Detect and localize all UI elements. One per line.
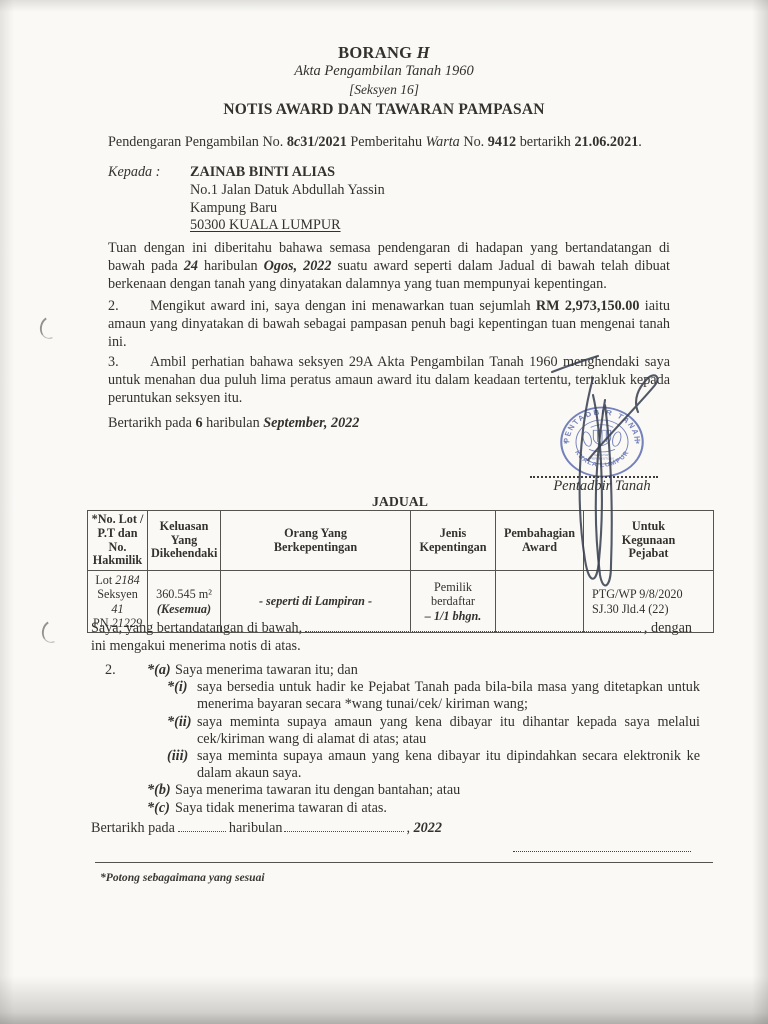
office-ref: PTG/WP 9/8/2020 — [592, 587, 710, 601]
dated-day: 6 — [195, 415, 202, 431]
paragraph-number: 2. — [108, 298, 150, 316]
table-row: Lot 2184 Seksyen 41 PN 21229 360.545 m² … — [88, 571, 714, 633]
recipient-address-line: 50300 KUALA LUMPUR — [190, 217, 550, 235]
dated-text: , — [406, 820, 413, 836]
cell-area: 360.545 m² (Kesemua) — [148, 571, 221, 633]
hearing-number: 31/2021 — [300, 134, 347, 150]
office-ref: SJ.30 Jld.4 (22) — [592, 602, 710, 616]
lot-text: PN — [93, 616, 112, 630]
dated-year: 2022 — [414, 820, 442, 836]
footnote: *Potong sebagaimana yang sesuai — [100, 869, 265, 887]
option-marker: *(b) — [147, 782, 175, 799]
edge-shadow — [0, 0, 768, 12]
table-header-row: *No. Lot / P.T dan No. Hakmilik Keluasan… — [88, 511, 714, 571]
option-a-i: *(i)saya bersedia untuk hadir ke Pejabat… — [91, 679, 700, 713]
lot-number: 2184 — [115, 573, 139, 587]
option-a-ii: *(ii)saya meminta supaya amaun yang kena… — [91, 714, 700, 748]
lot-text: Lot — [95, 573, 115, 587]
reference-text: . — [638, 134, 642, 150]
warta-date: 21.06.2021 — [574, 134, 638, 150]
paragraph-text: haribulan — [198, 258, 264, 274]
options-number: 2. — [105, 662, 116, 680]
award-month-year: Ogos, 2022 — [264, 258, 332, 274]
option-marker: *(ii) — [167, 714, 197, 731]
section-number: 41 — [111, 602, 123, 616]
recipient-label: Kepada : — [108, 164, 160, 182]
cell-office-use: PTG/WP 9/8/2020 SJ.30 Jld.4 (22) — [584, 571, 714, 633]
interest-text: Pemilik — [414, 580, 492, 594]
edge-shadow — [752, 0, 768, 1024]
star-icon: ★ — [563, 440, 568, 446]
option-b: *(b)Saya menerima tawaran itu dengan ban… — [91, 782, 700, 799]
paragraph-number: 3. — [108, 354, 150, 372]
signature-dotted-line — [530, 464, 658, 478]
cell-lot: Lot 2184 Seksyen 41 PN 21229 — [88, 571, 148, 633]
reference-text: bertarikh — [516, 134, 574, 150]
warta-word: Warta — [426, 134, 460, 150]
cell-interest: Pemilik berdaftar – 1/1 bhgn. — [411, 571, 496, 633]
option-text: saya bersedia untuk hadir ke Pejabat Tan… — [197, 679, 700, 712]
fill-in-day-dots — [178, 820, 226, 832]
footer-dated-line: Bertarikh padaharibulan, 2022 — [91, 820, 442, 838]
edge-shadow — [0, 976, 768, 1024]
recipient-name: ZAINAB BINTI ALIAS — [190, 164, 550, 182]
signature-caption: Pentadbir Tanah — [518, 478, 686, 496]
option-a: *(a)Saya menerima tawaran itu; dan — [91, 662, 700, 679]
footnote-divider — [95, 862, 713, 863]
option-text: Saya menerima tawaran itu; dan — [175, 662, 358, 678]
dated-text: haribulan — [203, 415, 264, 431]
form-title-word: BORANG — [338, 43, 417, 62]
option-text: Saya menerima tawaran itu dengan bantaha… — [175, 782, 460, 798]
lot-text: Seksyen — [97, 587, 138, 601]
options-list: 2. *(a)Saya menerima tawaran itu; dan *(… — [91, 662, 700, 817]
dated-text: Bertarikh pada — [91, 820, 175, 836]
option-text: saya meminta supaya amaun yang kena diba… — [197, 748, 700, 781]
dated-month-year: September, 2022 — [263, 415, 359, 431]
recipient-address-block: ZAINAB BINTI ALIAS No.1 Jalan Datuk Abdu… — [190, 164, 550, 235]
reference-text: Pemberitahu — [347, 134, 426, 150]
edge-shadow — [0, 0, 14, 1024]
column-header-persons: Orang Yang Berkepentingan — [221, 511, 411, 571]
paragraph-text: Mengikut award ini, saya dengan ini mena… — [150, 298, 536, 314]
acknowledgement-line2: ini mengakui menerima notis di atas. — [91, 638, 692, 656]
stamp-center-text: PERSEKUTUAN — [590, 457, 613, 461]
form-title: BORANG H — [0, 44, 768, 62]
hole-punch-mark — [37, 314, 63, 342]
column-header-lot: *No. Lot / P.T dan No. Hakmilik — [88, 511, 148, 571]
area-note: (Kesemua) — [151, 602, 217, 616]
reference-text: No. — [460, 134, 488, 150]
fill-in-month-dots — [284, 820, 404, 832]
column-header-interest: Jenis Kepentingan — [411, 511, 496, 571]
recipient-signature-line — [513, 840, 691, 852]
section-reference: [Seksyen 16] — [0, 81, 768, 99]
paragraph-offer: 2.Mengikut award ini, saya dengan ini me… — [108, 298, 670, 351]
recipient-address-line: Kampung Baru — [190, 200, 550, 218]
column-header-area: Keluasan Yang Dikehendaki — [148, 511, 221, 571]
option-a-iii: (iii)saya meminta supaya amaun yang kena… — [91, 748, 700, 782]
state-crest-icon: WILAYAH PERSEKUTUAN — [582, 425, 623, 461]
option-marker: (iii) — [167, 748, 197, 765]
column-header-award-split: Pembahagian Award — [496, 511, 584, 571]
dated-line: Bertarikh pada 6 haribulan September, 20… — [108, 415, 359, 433]
star-icon: ★ — [635, 440, 640, 446]
award-schedule-table: *No. Lot / P.T dan No. Hakmilik Keluasan… — [87, 510, 714, 633]
cell-award-split — [496, 571, 584, 633]
dated-text: haribulan — [229, 820, 283, 836]
hearing-number: 8 — [287, 134, 294, 150]
reference-line: Pendengaran Pengambilan No. 8c31/2021 Pe… — [108, 134, 674, 152]
dated-text: Bertarikh pada — [108, 415, 195, 431]
option-marker: *(i) — [167, 679, 197, 696]
option-text: Saya tidak menerima tawaran di atas. — [175, 800, 387, 816]
warta-number: 9412 — [488, 134, 516, 150]
hole-punch-mark — [39, 618, 65, 646]
reference-text: Pendengaran Pengambilan No. — [108, 134, 287, 150]
scanned-document-page: BORANG H Akta Pengambilan Tanah 1960 [Se… — [0, 0, 768, 1024]
option-marker: *(a) — [147, 662, 175, 679]
award-day: 24 — [184, 258, 198, 274]
option-marker: *(c) — [147, 800, 175, 817]
option-c: *(c)Saya tidak menerima tawaran di atas. — [91, 800, 700, 817]
area-value: 360.545 m² — [151, 587, 217, 601]
cell-persons: - seperti di Lampiran - — [221, 571, 411, 633]
compensation-amount: RM 2,973,150.00 — [536, 298, 640, 314]
document-header: BORANG H Akta Pengambilan Tanah 1960 [Se… — [0, 44, 768, 119]
column-header-office-use: Untuk Kegunaan Pejabat — [584, 511, 714, 571]
notice-title: NOTIS AWARD DAN TAWARAN PAMPASAN — [0, 101, 768, 119]
paragraph-notice: Tuan dengan ini diberitahu bahawa semasa… — [108, 240, 670, 293]
interest-text: berdaftar — [414, 594, 492, 608]
option-text: saya meminta supaya amaun yang kena diba… — [197, 714, 700, 747]
title-number: 21229 — [112, 616, 142, 630]
recipient-address-line: No.1 Jalan Datuk Abdullah Yassin — [190, 182, 550, 200]
form-title-letter: H — [417, 43, 430, 62]
interest-share: – 1/1 bhgn. — [414, 609, 492, 623]
act-title: Akta Pengambilan Tanah 1960 — [0, 63, 768, 81]
